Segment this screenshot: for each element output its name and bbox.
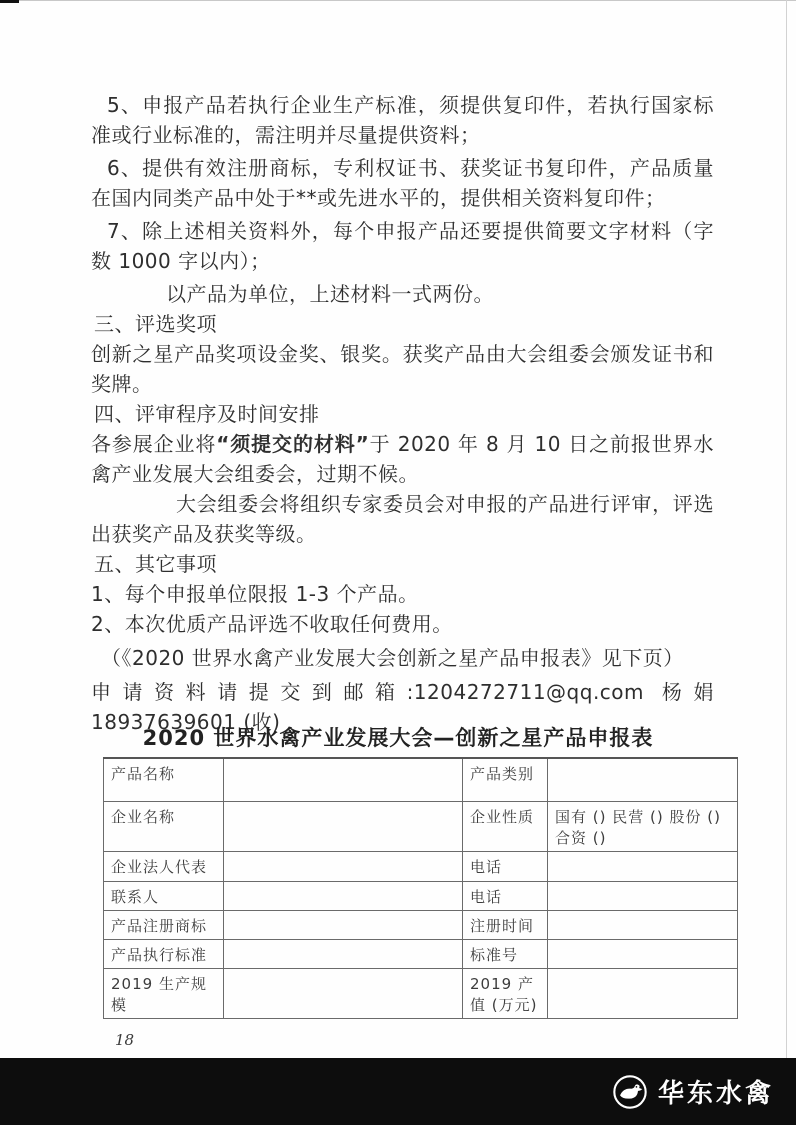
doc-section-4-heading: 四、评审程序及时间安排 (91, 399, 714, 429)
label-phone-1: 电话 (463, 851, 548, 881)
label-phone-2: 电话 (463, 881, 548, 910)
label-registration-date: 注册时间 (463, 910, 548, 939)
label-product-standard: 产品执行标准 (104, 939, 224, 968)
table-row-contact-person: 联系人 电话 (104, 881, 738, 910)
doc-section-3-body: 创新之星产品奖项设金奖、银奖。获奖产品由大会组委会颁发证书和奖牌。 (91, 339, 714, 399)
table-row-company-name: 企业名称 企业性质 国有 () 民营 () 股份 () 合资 () (104, 801, 738, 851)
label-registered-trademark: 产品注册商标 (104, 910, 224, 939)
value-standard-number (548, 939, 738, 968)
label-company-nature: 企业性质 (463, 801, 548, 851)
value-phone-2 (548, 881, 738, 910)
scan-corner-artifact (0, 0, 19, 3)
page-top-edge-line (0, 0, 796, 1)
label-standard-number: 标准号 (463, 939, 548, 968)
label-product-type: 产品类别 (463, 758, 548, 801)
value-2019-output-value (548, 968, 738, 1018)
page-number: 18 (115, 1031, 134, 1049)
label-contact-person: 联系人 (104, 881, 224, 910)
brand-name-text: 华东水禽 (658, 1073, 774, 1110)
brand-logo-group: 华东水禽 (611, 1073, 774, 1111)
doc-section-5-heading: 五、其它事项 (91, 549, 714, 579)
duck-logo-icon (611, 1073, 649, 1111)
doc-other-item-1: 1、每个申报单位限报 1-3 个产品。 (91, 579, 714, 609)
value-registration-date (548, 910, 738, 939)
deadline-materials-emphasis: “须提交的材料” (216, 432, 369, 456)
doc-other-item-2: 2、本次优质产品评选不收取任何费用。 (91, 609, 714, 639)
doc-review-paragraph: 大会组委会将组织专家委员会对申报的产品进行评审，评选出获奖产品及获奖等级。 (91, 489, 714, 549)
table-row-product-standard: 产品执行标准 标准号 (104, 939, 738, 968)
value-phone-1 (548, 851, 738, 881)
value-company-nature-options: 国有 () 民营 () 股份 () 合资 () (548, 801, 738, 851)
value-product-type (548, 758, 738, 801)
label-2019-output-value: 2019 产值 (万元) (463, 968, 548, 1018)
value-contact-person (224, 881, 463, 910)
doc-section-4-body: 各参展企业将“须提交的材料”于 2020 年 8 月 10 日之前报世界水禽产业… (91, 429, 714, 489)
doc-item-7: 7、除上述相关资料外，每个申报产品还要提供简要文字材料（字数 1000 字以内）… (91, 216, 714, 276)
doc-item-6: 6、提供有效注册商标，专利权证书、获奖证书复印件，产品质量在国内同类产品中处于*… (91, 153, 714, 213)
value-registered-trademark (224, 910, 463, 939)
table-row-2019-production: 2019 生产规模 2019 产值 (万元) (104, 968, 738, 1018)
value-2019-production-scale (224, 968, 463, 1018)
value-company-name (224, 801, 463, 851)
footer-brand-bar: 华东水禽 (0, 1058, 796, 1125)
application-form-table: 产品名称 产品类别 企业名称 企业性质 国有 () 民营 () 股份 () 合资… (103, 757, 738, 1019)
doc-section-3-heading: 三、评选奖项 (91, 309, 714, 339)
label-legal-representative: 企业法人代表 (104, 851, 224, 881)
deadline-text-prefix: 各参展企业将 (91, 432, 216, 456)
value-product-name (224, 758, 463, 801)
value-product-standard (224, 939, 463, 968)
label-product-name: 产品名称 (104, 758, 224, 801)
page-right-edge-line (786, 0, 787, 1058)
table-row-product-name: 产品名称 产品类别 (104, 758, 738, 801)
document-body: 5、申报产品若执行企业生产标准，须提供复印件，若执行国家标准或行业标准的，需注明… (91, 90, 714, 737)
table-row-legal-representative: 企业法人代表 电话 (104, 851, 738, 881)
table-row-registered-trademark: 产品注册商标 注册时间 (104, 910, 738, 939)
scanned-document-page: 5、申报产品若执行企业生产标准，须提供复印件，若执行国家标准或行业标准的，需注明… (0, 0, 796, 1125)
label-2019-production-scale: 2019 生产规模 (104, 968, 224, 1018)
label-company-name: 企业名称 (104, 801, 224, 851)
application-form-title: 2020 世界水禽产业发展大会—创新之星产品申报表 (0, 722, 796, 752)
value-legal-representative (224, 851, 463, 881)
doc-note-copies: 以产品为单位，上述材料一式两份。 (91, 279, 714, 309)
doc-form-reference-note: （《2020 世界水禽产业发展大会创新之星产品申报表》见下页） (91, 643, 714, 673)
doc-item-5: 5、申报产品若执行企业生产标准，须提供复印件，若执行国家标准或行业标准的，需注明… (91, 90, 714, 150)
